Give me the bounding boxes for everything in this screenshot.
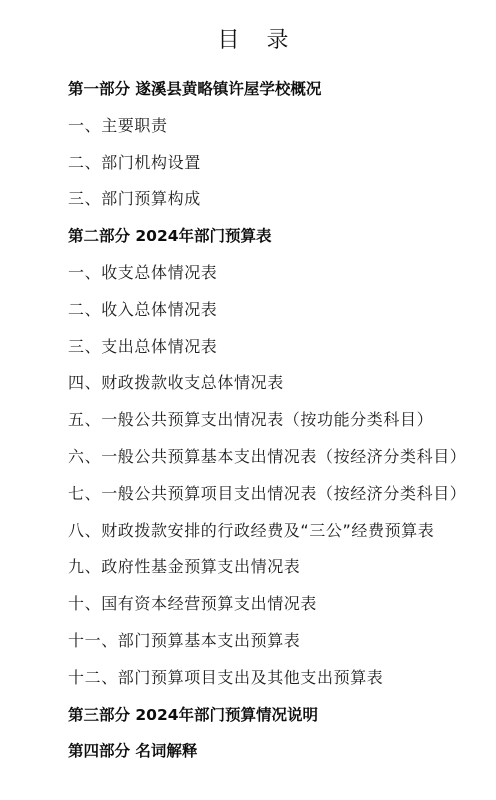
toc-item-table-7[interactable]: 七、一般公共预算项目支出情况表（按经济分类科目） xyxy=(68,482,466,519)
page-title: 目 录 xyxy=(0,26,496,56)
document-page: 目 录 第一部分 遂溪县黄略镇许屋学校概况 一、主要职责 二、部门机构设置 三、… xyxy=(0,0,496,800)
toc-part-1[interactable]: 第一部分 遂溪县黄略镇许屋学校概况 xyxy=(68,77,466,114)
toc-item-table-11[interactable]: 十一、部门预算基本支出预算表 xyxy=(68,629,466,666)
toc-item-budget-composition[interactable]: 三、部门预算构成 xyxy=(68,187,466,224)
toc-item-table-1[interactable]: 一、收支总体情况表 xyxy=(68,261,466,298)
toc-item-table-6[interactable]: 六、一般公共预算基本支出情况表（按经济分类科目） xyxy=(68,445,466,482)
toc-item-table-2[interactable]: 二、收入总体情况表 xyxy=(68,298,466,335)
table-of-contents: 第一部分 遂溪县黄略镇许屋学校概况 一、主要职责 二、部门机构设置 三、部门预算… xyxy=(68,77,466,776)
toc-item-table-4[interactable]: 四、财政拨款收支总体情况表 xyxy=(68,371,466,408)
toc-item-org-structure[interactable]: 二、部门机构设置 xyxy=(68,151,466,188)
toc-part-4[interactable]: 第四部分 名词解释 xyxy=(68,739,466,776)
toc-item-table-9[interactable]: 九、政府性基金预算支出情况表 xyxy=(68,555,466,592)
toc-part-2[interactable]: 第二部分 2024年部门预算表 xyxy=(68,224,466,261)
toc-item-table-3[interactable]: 三、支出总体情况表 xyxy=(68,335,466,372)
toc-item-table-8[interactable]: 八、财政拨款安排的行政经费及“三公”经费预算表 xyxy=(68,519,466,556)
toc-item-table-12[interactable]: 十二、部门预算项目支出及其他支出预算表 xyxy=(68,666,466,703)
toc-item-table-5[interactable]: 五、一般公共预算支出情况表（按功能分类科目） xyxy=(68,408,466,445)
toc-part-3[interactable]: 第三部分 2024年部门预算情况说明 xyxy=(68,703,466,740)
toc-item-main-duties[interactable]: 一、主要职责 xyxy=(68,114,466,151)
toc-item-table-10[interactable]: 十、国有资本经营预算支出情况表 xyxy=(68,592,466,629)
